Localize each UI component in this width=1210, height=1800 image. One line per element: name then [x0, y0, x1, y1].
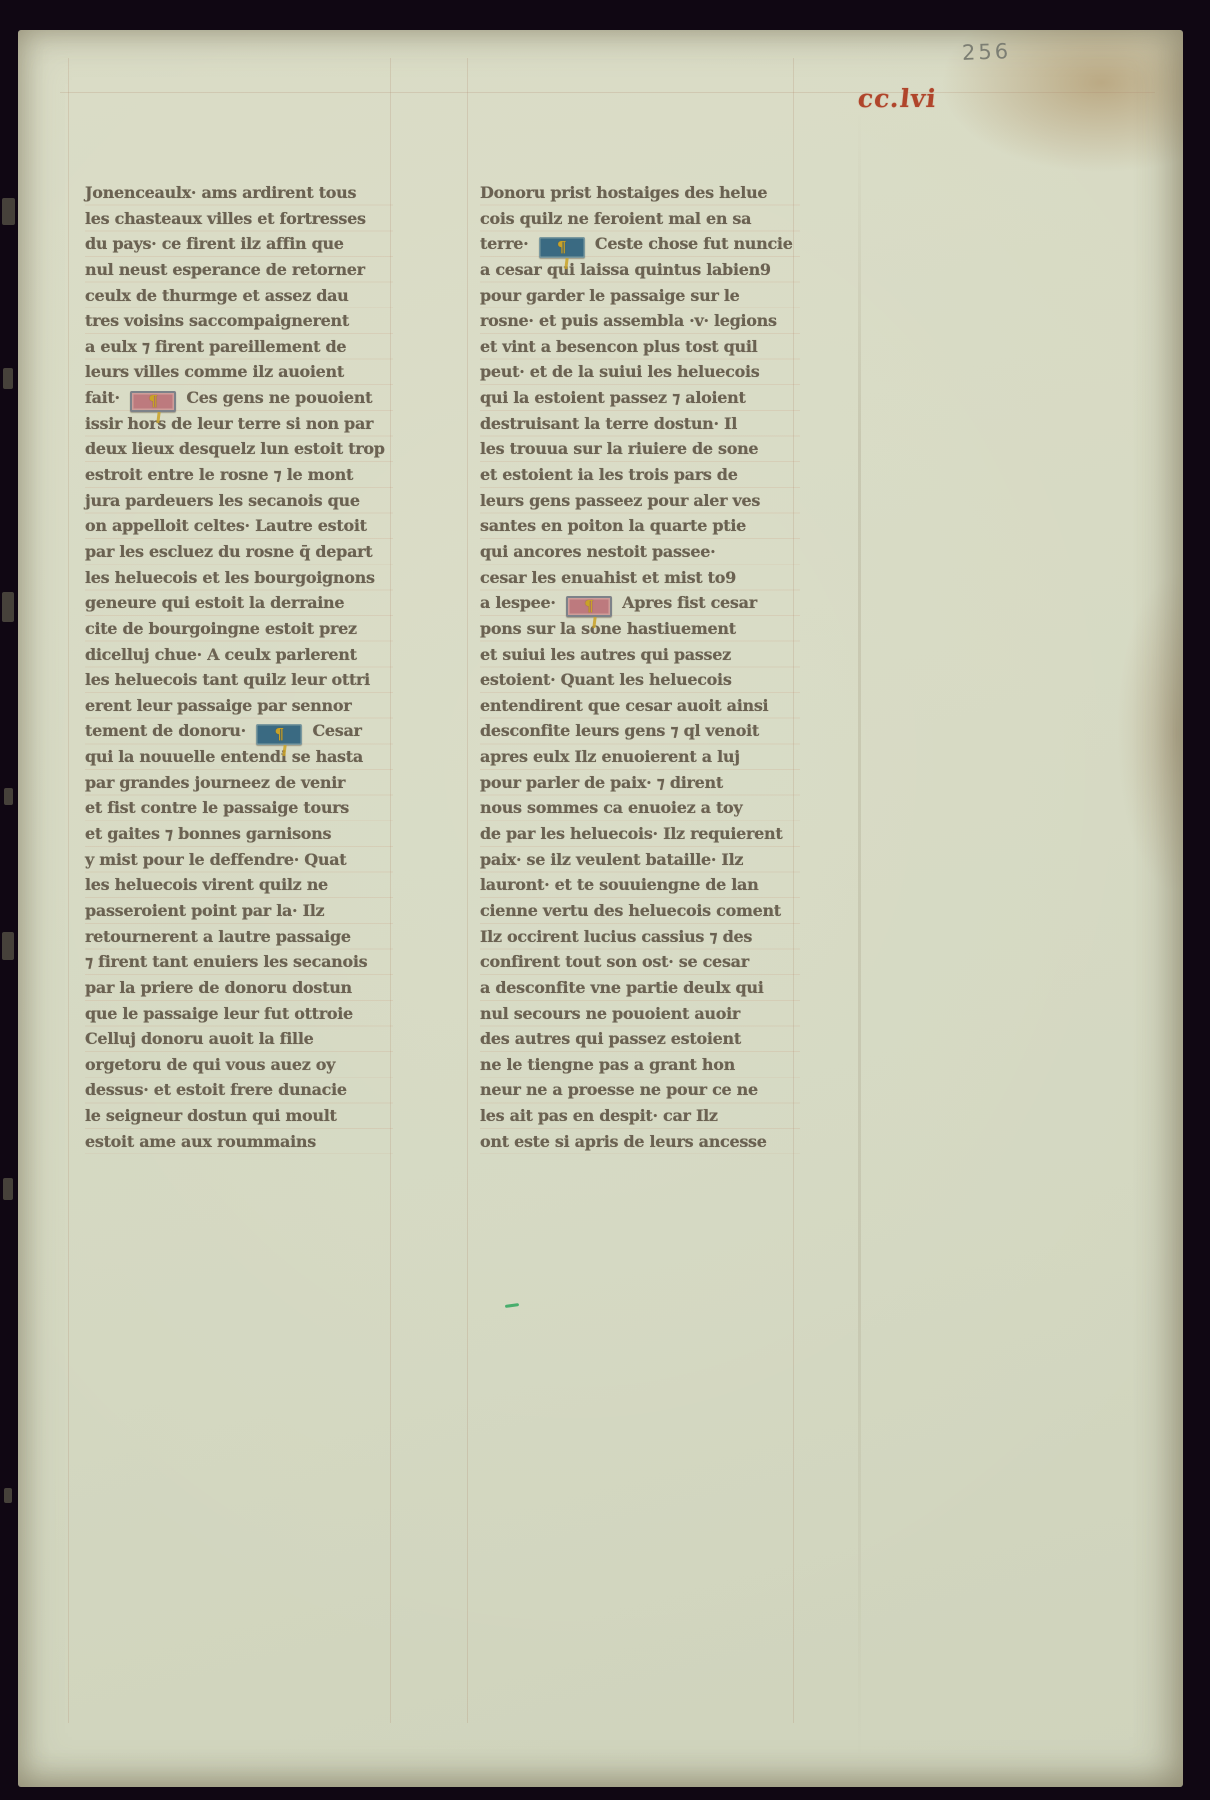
text-line: a eulx ⁊ firent pareillement de — [85, 334, 393, 360]
text-line: a desconfite vne partie deulx qui — [480, 975, 800, 1001]
text-line: par les escluez du rosne q̄ depart — [85, 539, 393, 565]
folio-edge-fragment — [2, 198, 15, 225]
text-line: neur ne a proesse ne pour ce ne — [480, 1077, 800, 1103]
text-line: qui la estoient passez ⁊ aloient — [480, 385, 800, 411]
illuminated-paraph-icon: ¶ — [130, 391, 176, 412]
text-line: leurs villes comme ilz auoient — [85, 359, 393, 385]
text-line: de par les heluecois· Ilz requierent — [480, 821, 800, 847]
text-line: deux lieux desquelz lun estoit trop — [85, 436, 393, 462]
text-line: Ilz occirent lucius cassius ⁊ des — [480, 924, 800, 950]
text-line: que le passaige leur fut ottroie — [85, 1001, 393, 1027]
folio-edge-fragment — [4, 1488, 12, 1503]
text-line: on appelloit celtes· Lautre estoit — [85, 513, 393, 539]
text-line: les heluecois tant quilz leur ottri — [85, 667, 393, 693]
text-line: et estoient ia les trois pars de — [480, 462, 800, 488]
text-line: peut· et de la suiui les heluecois — [480, 359, 800, 385]
illuminated-paraph-icon: ¶ — [566, 596, 612, 617]
text-line: rosne· et puis assembla ·v· legions — [480, 308, 800, 334]
text-line: destruisant la terre dostun· Il — [480, 411, 800, 437]
text-line: qui la nouuelle entendi se hasta — [85, 744, 393, 770]
text-line: nous sommes ca enuoiez a toy — [480, 795, 800, 821]
text-line: nul secours ne pouoient auoir — [480, 1001, 800, 1027]
text-line: du pays· ce firent ilz affin que — [85, 231, 393, 257]
illuminated-paraph-icon: ¶ — [256, 724, 302, 745]
text-line: par la priere de donoru dostun — [85, 975, 393, 1001]
text-line: et gaites ⁊ bonnes garnisons — [85, 821, 393, 847]
text-line: a cesar qui laissa quintus labien9 — [480, 257, 800, 283]
text-line: dicelluj chue· A ceulx parlerent — [85, 642, 393, 668]
ruling-line-vertical — [467, 58, 468, 1723]
text-line: erent leur passaige par sennor — [85, 693, 393, 719]
text-line: ⁊ firent tant enuiers les secanois — [85, 949, 393, 975]
folio-edge-fragment — [3, 1178, 13, 1200]
text-line: nul neust esperance de retorner — [85, 257, 393, 283]
text-line: et suiui les autres qui passez — [480, 642, 800, 668]
text-line: terre· ¶ Ceste chose fut nuncie — [480, 231, 800, 257]
text-line: ont este si apris de leurs ancesse — [480, 1129, 800, 1155]
ruling-line-vertical — [68, 58, 69, 1723]
illuminated-paraph-icon: ¶ — [539, 237, 585, 258]
text-line: pour parler de paix· ⁊ dirent — [480, 770, 800, 796]
text-line: le seigneur dostun qui moult — [85, 1103, 393, 1129]
text-line: et vint a besencon plus tost quil — [480, 334, 800, 360]
text-line: ne le tiengne pas a grant hon — [480, 1052, 800, 1078]
manuscript-photo: { "page": { "pencil_folio": "256", "red_… — [0, 0, 1210, 1800]
red-roman-folio-number: cc.lvi — [856, 84, 938, 113]
text-line: tres voisins saccompaignerent — [85, 308, 393, 334]
text-column-left: Jonenceaulx· ams ardirent tousles chaste… — [85, 180, 393, 1154]
text-line: geneure qui estoit la derraine — [85, 590, 393, 616]
text-line: cienne vertu des heluecois coment — [480, 898, 800, 924]
folio-edge-fragment — [2, 932, 14, 960]
text-line: issir hors de leur terre si non par — [85, 411, 393, 437]
folio-edge-fragment — [4, 788, 13, 805]
text-line: les trouua sur la riuiere de sone — [480, 436, 800, 462]
text-line: fait· ¶ Ces gens ne pouoient — [85, 385, 393, 411]
text-line: Donoru prist hostaiges des helue — [480, 180, 800, 206]
parchment-crease — [858, 110, 861, 1770]
text-line: les heluecois virent quilz ne — [85, 872, 393, 898]
text-line: leurs gens passeez pour aler ves — [480, 488, 800, 514]
text-line: dessus· et estoit frere dunacie — [85, 1077, 393, 1103]
text-line: retournerent a lautre passaige — [85, 924, 393, 950]
text-line: par grandes journeez de venir — [85, 770, 393, 796]
text-line: a lespee· ¶ Apres fist cesar — [480, 590, 800, 616]
text-line: apres eulx Ilz enuoierent a luj — [480, 744, 800, 770]
ruling-line-horizontal — [60, 92, 1155, 93]
text-line: estoit ame aux roummains — [85, 1129, 393, 1155]
text-line: qui ancores nestoit passee· — [480, 539, 800, 565]
text-line: les heluecois et les bourgoignons — [85, 565, 393, 591]
text-line: desconfite leurs gens ⁊ ql venoit — [480, 718, 800, 744]
text-line: les ait pas en despit· car Ilz — [480, 1103, 800, 1129]
text-line: ceulx de thurmge et assez dau — [85, 283, 393, 309]
text-line: jura pardeuers les secanois que — [85, 488, 393, 514]
text-line: pour garder le passaige sur le — [480, 283, 800, 309]
text-line: passeroient point par la· Ilz — [85, 898, 393, 924]
text-column-right: Donoru prist hostaiges des heluecois qui… — [480, 180, 800, 1154]
text-line: estoient· Quant les heluecois — [480, 667, 800, 693]
text-line: y mist pour le deffendre· Quat — [85, 847, 393, 873]
folio-edge-fragment — [2, 592, 14, 622]
pencil-folio-number: 256 — [962, 39, 1012, 65]
folio-edge-fragment — [3, 368, 13, 389]
text-line: Celluj donoru auoit la fille — [85, 1026, 393, 1052]
text-line: lauront· et te souuiengne de lan — [480, 872, 800, 898]
text-line: confirent tout son ost· se cesar — [480, 949, 800, 975]
text-line: cesar les enuahist et mist to9 — [480, 565, 800, 591]
text-line: entendirent que cesar auoit ainsi — [480, 693, 800, 719]
text-line: paix· se ilz veulent bataille· Ilz — [480, 847, 800, 873]
text-line: santes en poiton la quarte ptie — [480, 513, 800, 539]
text-line: et fist contre le passaige tours — [85, 795, 393, 821]
text-line: Jonenceaulx· ams ardirent tous — [85, 180, 393, 206]
text-line: estroit entre le rosne ⁊ le mont — [85, 462, 393, 488]
text-line: cois quilz ne feroient mal en sa — [480, 206, 800, 232]
text-line: cite de bourgoingne estoit prez — [85, 616, 393, 642]
text-line: pons sur la sone hastiuement — [480, 616, 800, 642]
text-line: orgetoru de qui vous auez oy — [85, 1052, 393, 1078]
text-line: tement de donoru· ¶ Cesar — [85, 718, 393, 744]
text-line: des autres qui passez estoient — [480, 1026, 800, 1052]
text-line: les chasteaux villes et fortresses — [85, 206, 393, 232]
